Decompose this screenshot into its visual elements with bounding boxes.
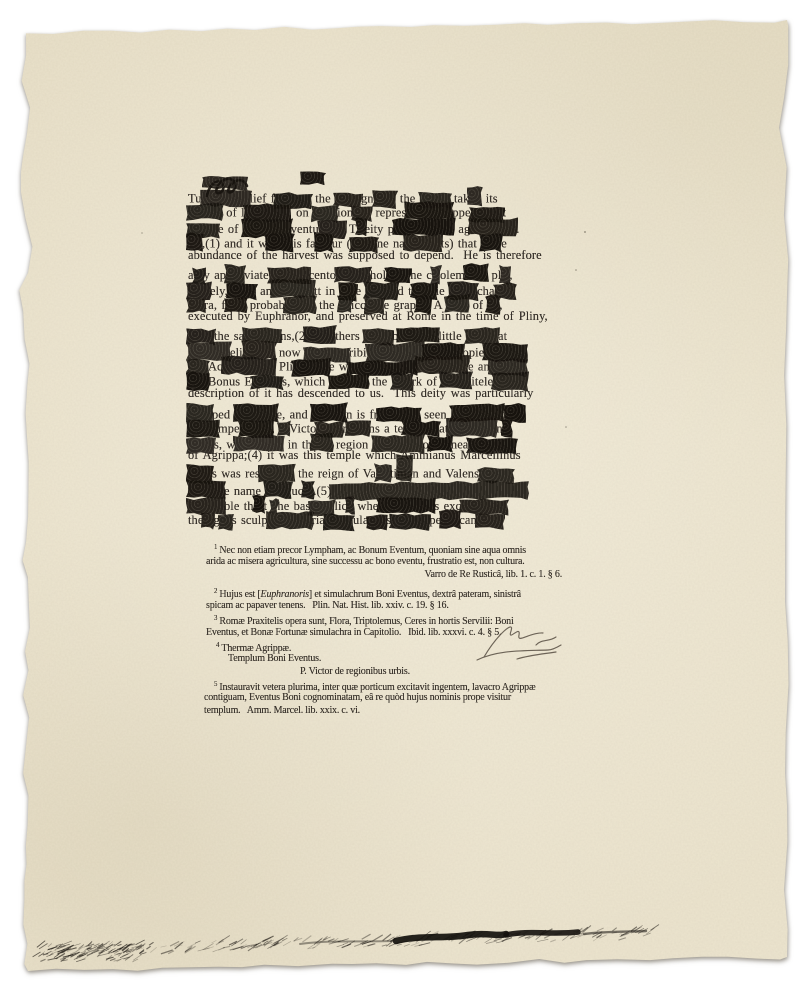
footnote-text: P. Victor de regionibus urbis.	[300, 666, 410, 677]
text-line: e name uc.(5)	[188, 479, 568, 494]
footnote-text: spicam ac papaver tenens. Plin. Nat. His…	[206, 600, 449, 611]
footnote-marker: 2	[214, 588, 217, 595]
redaction-mark	[218, 514, 234, 531]
footnote-line: Templum Boni Eventus.	[204, 652, 562, 665]
footnote-line: P. Victor de regionibus urbis.	[204, 665, 562, 678]
text-line: the sans,(2thers blittle at	[188, 325, 568, 340]
redaction-mark	[475, 512, 505, 530]
redaction-mark	[323, 512, 355, 531]
paper-wrap: Tulief f the gn the tak its of l, on ion…	[0, 0, 800, 1000]
text-fragment: ula	[353, 513, 368, 527]
footnote-line: arida ac misera agricultura, sine succes…	[204, 555, 562, 568]
photographed-artwork: Tulief f the gn the tak its of l, on ion…	[0, 0, 800, 1000]
text-fragment: executed by Euphranor, and preserved at …	[188, 309, 548, 323]
text-line: ble tht he baslic whes exc	[188, 494, 568, 509]
text-line: of Agrippa;(4) it was this temple which …	[188, 448, 568, 463]
text-fragment: s sculp	[232, 513, 268, 527]
paper-sheet: Tulief f the gn the tak its of l, on ion…	[0, 0, 800, 1000]
footnote-marker: 4	[216, 642, 219, 649]
text-line: Ac Plie we an	[188, 355, 568, 370]
redaction-mark	[439, 509, 461, 530]
footnote-line: Eventus, et Bonæ Fortunæ simulachra in C…	[204, 626, 562, 639]
redaction-mark	[300, 171, 326, 185]
text-fragment: ria	[312, 513, 325, 527]
text-line: description of it has descended to us. T…	[188, 386, 568, 401]
text-line: abundance of the harvest was supposed to…	[188, 248, 568, 263]
text-line: s was res the reign of Vatinian and Vale…	[188, 463, 568, 478]
footnote-text: Templum Boni Eventus.	[228, 653, 321, 664]
text-line: ped e, and n is fr seen i	[188, 402, 568, 417]
footnote-marker: 3	[214, 615, 217, 622]
text-line: thegs sculpriaulaspecan	[188, 509, 568, 524]
redaction-mark	[266, 511, 314, 530]
text-line: eli now ribiopie	[188, 340, 568, 355]
footnote-text: templum. Amm. Marcel. lib. xxix. c. vi.	[204, 705, 360, 716]
text-fragment: abundance of the harvest was supposed to…	[188, 248, 542, 262]
text-fragment: description of it has descended to us. T…	[188, 386, 533, 400]
redaction-mark	[389, 513, 431, 531]
text-line: executed by Euphranor, and preserved at …	[188, 309, 568, 324]
footnote-text: arida ac misera agricultura, sine succes…	[206, 556, 525, 567]
footnote-line: spicam ac papaver tenens. Plin. Nat. His…	[204, 599, 562, 612]
text-line: ra, f probab the icce grap A of ,	[188, 294, 568, 309]
redaction-mark	[366, 514, 388, 531]
footnote-text: Varro de Re Rusticâ, lib. 1. c. 1. § 6.	[425, 569, 562, 580]
footnote-text: Eventus, et Bonæ Fortunæ simulachra in C…	[206, 627, 501, 638]
footnote-line: Varro de Re Rusticâ, lib. 1. c. 1. § 6.	[204, 568, 562, 581]
text-line: e of ventu Teity p ag.	[188, 217, 568, 232]
text-fragment: the	[188, 513, 203, 527]
text-line: ay apviatecentoholne colem pl,	[188, 263, 568, 278]
text-line: ,(1) and it wis faur (ne nats) that e	[188, 232, 568, 247]
text-line: ely, antt in e d tie cha	[188, 278, 568, 293]
redaction-mark	[396, 454, 413, 482]
footnote-marker: 5	[214, 681, 217, 688]
footnote-text: contiguam, Eventus Boni cognominatam, eâ…	[204, 692, 511, 703]
text-line: of l, on ion represppet	[188, 201, 568, 216]
footnote-line: contiguam, Eventus Boni cognominatam, eâ…	[204, 691, 562, 704]
text-line: Bonus Es, which the rk of itele	[188, 371, 568, 386]
text-fragment: can	[459, 513, 477, 527]
footnote-line: templum. Amm. Marcel. lib. xxix. c. vi.	[204, 704, 562, 717]
text-line: mpe, Victorns a teatn	[188, 417, 568, 432]
footnote-marker: 1	[214, 544, 217, 551]
text-fragment: of Agrippa;(4) it was this temple which …	[188, 448, 521, 462]
text-line: s, w in th region onea	[188, 432, 568, 447]
